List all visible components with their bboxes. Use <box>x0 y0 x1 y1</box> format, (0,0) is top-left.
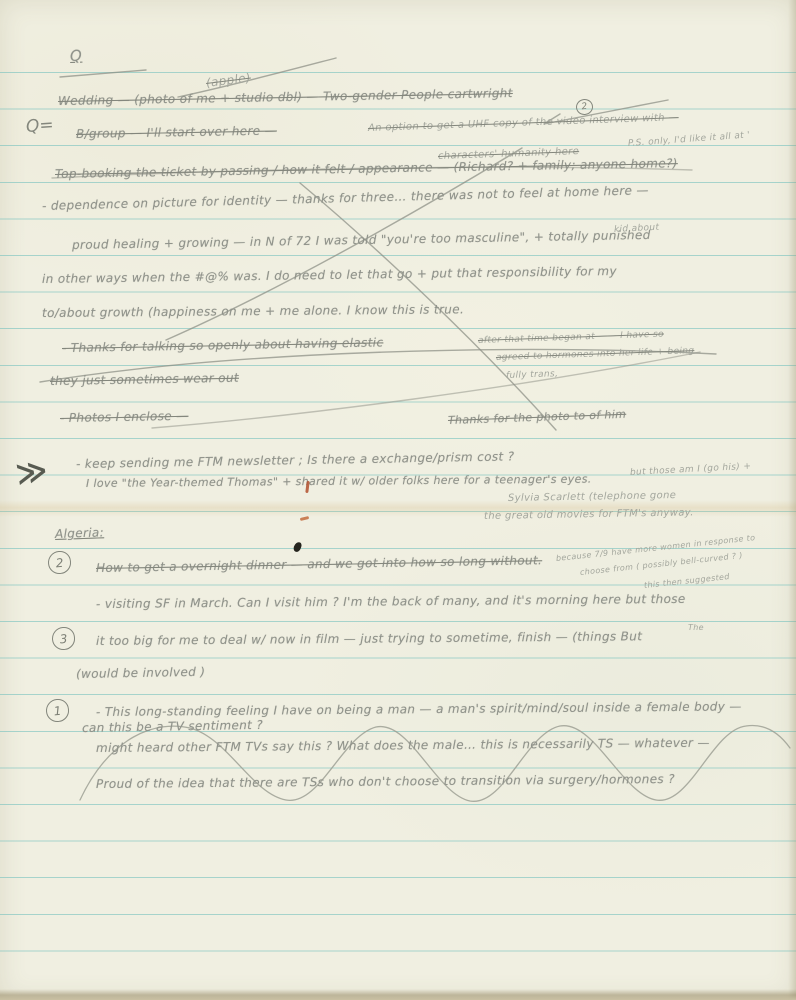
red-dash <box>300 516 309 521</box>
circle-num: 3 <box>51 626 76 651</box>
handwritten-line: (would be involved ) <box>76 665 206 681</box>
handwritten-line: this then suggested <box>644 572 731 590</box>
circle-num-sm: 2 <box>575 98 594 116</box>
handwritten-line: - dependence on picture for identity — t… <box>42 183 649 213</box>
handwritten-line: B/group — I'll start over here — <box>76 123 277 141</box>
handwritten-line: - Photos I enclose — <box>60 409 189 425</box>
scanned-note-page: Q(apple)Wedding — (photo of me + studio … <box>0 0 796 1000</box>
handwritten-line: to/about growth (happiness on me + me al… <box>42 302 464 320</box>
handwritten-line: Algeria: <box>55 525 104 541</box>
handwritten-line: Sylvia Scarlett (telephone gone <box>508 490 676 504</box>
circle-num: 2 <box>47 550 72 575</box>
handwritten-line: proud healing + growing — in N of 72 I w… <box>72 228 651 252</box>
handwritten-line: An option to get a UHF copy of the video… <box>368 112 679 134</box>
handwritten-line: in other ways when the #@% was. I do nee… <box>42 264 617 286</box>
handwritten-line: might heard other FTM TVs say this ? Wha… <box>96 736 710 755</box>
handwritten-line: but those am I (go his) + <box>630 462 752 478</box>
handwritten-line: Q <box>70 47 83 65</box>
handwritten-line: it too big for me to deal w/ now in film… <box>96 629 642 648</box>
handwritten-line: they just sometimes wear out <box>50 371 239 388</box>
handwritten-line: Top-booking the ticket by passing / how … <box>55 156 678 181</box>
handwritten-line: - Thanks for talking so openly about hav… <box>62 335 384 355</box>
handwritten-line: Wedding — (photo of me + studio dbl) — T… <box>58 86 513 108</box>
ink-dot <box>293 541 303 553</box>
circle-num: 1 <box>45 698 70 723</box>
handwritten-line: Proud of the idea that there are TSs who… <box>96 772 675 791</box>
handwritten-line: The <box>688 623 704 632</box>
handwritten-line: the great old movies for FTM's anyway. <box>484 507 694 522</box>
page-bottom-edge <box>0 989 796 1000</box>
handwritten-line: P.S. only, I'd like it all at ' <box>628 130 751 149</box>
handwritten-line: - keep sending me FTM newsletter ; Is th… <box>76 449 515 471</box>
handwritten-line: agreed to hormones into her life + being <box>496 346 695 363</box>
handwritten-line: - visiting SF in March. Can I visit him … <box>96 592 686 611</box>
margin-arrow-icon: ≫ <box>14 456 50 491</box>
handwritten-line: I love "the Year-themed Thomas" + shared… <box>86 473 592 490</box>
page-right-edge <box>788 0 796 1000</box>
plain-letter: Q= <box>25 115 54 137</box>
handwritten-line: fully trans, <box>506 369 559 381</box>
handwritten-line: - This long-standing feeling I have on b… <box>96 699 742 719</box>
handwritten-line: after that time began at —— I have so <box>478 330 664 346</box>
handwriting-layer: Q(apple)Wedding — (photo of me + studio … <box>0 0 796 1000</box>
handwritten-line: How to get a overnight dinner — and we g… <box>96 553 542 575</box>
handwritten-line: Thanks for the photo to of him <box>448 408 627 427</box>
handwritten-line: (apple) <box>205 71 251 90</box>
handwritten-line: can this be a TV sentiment ? <box>82 718 263 735</box>
